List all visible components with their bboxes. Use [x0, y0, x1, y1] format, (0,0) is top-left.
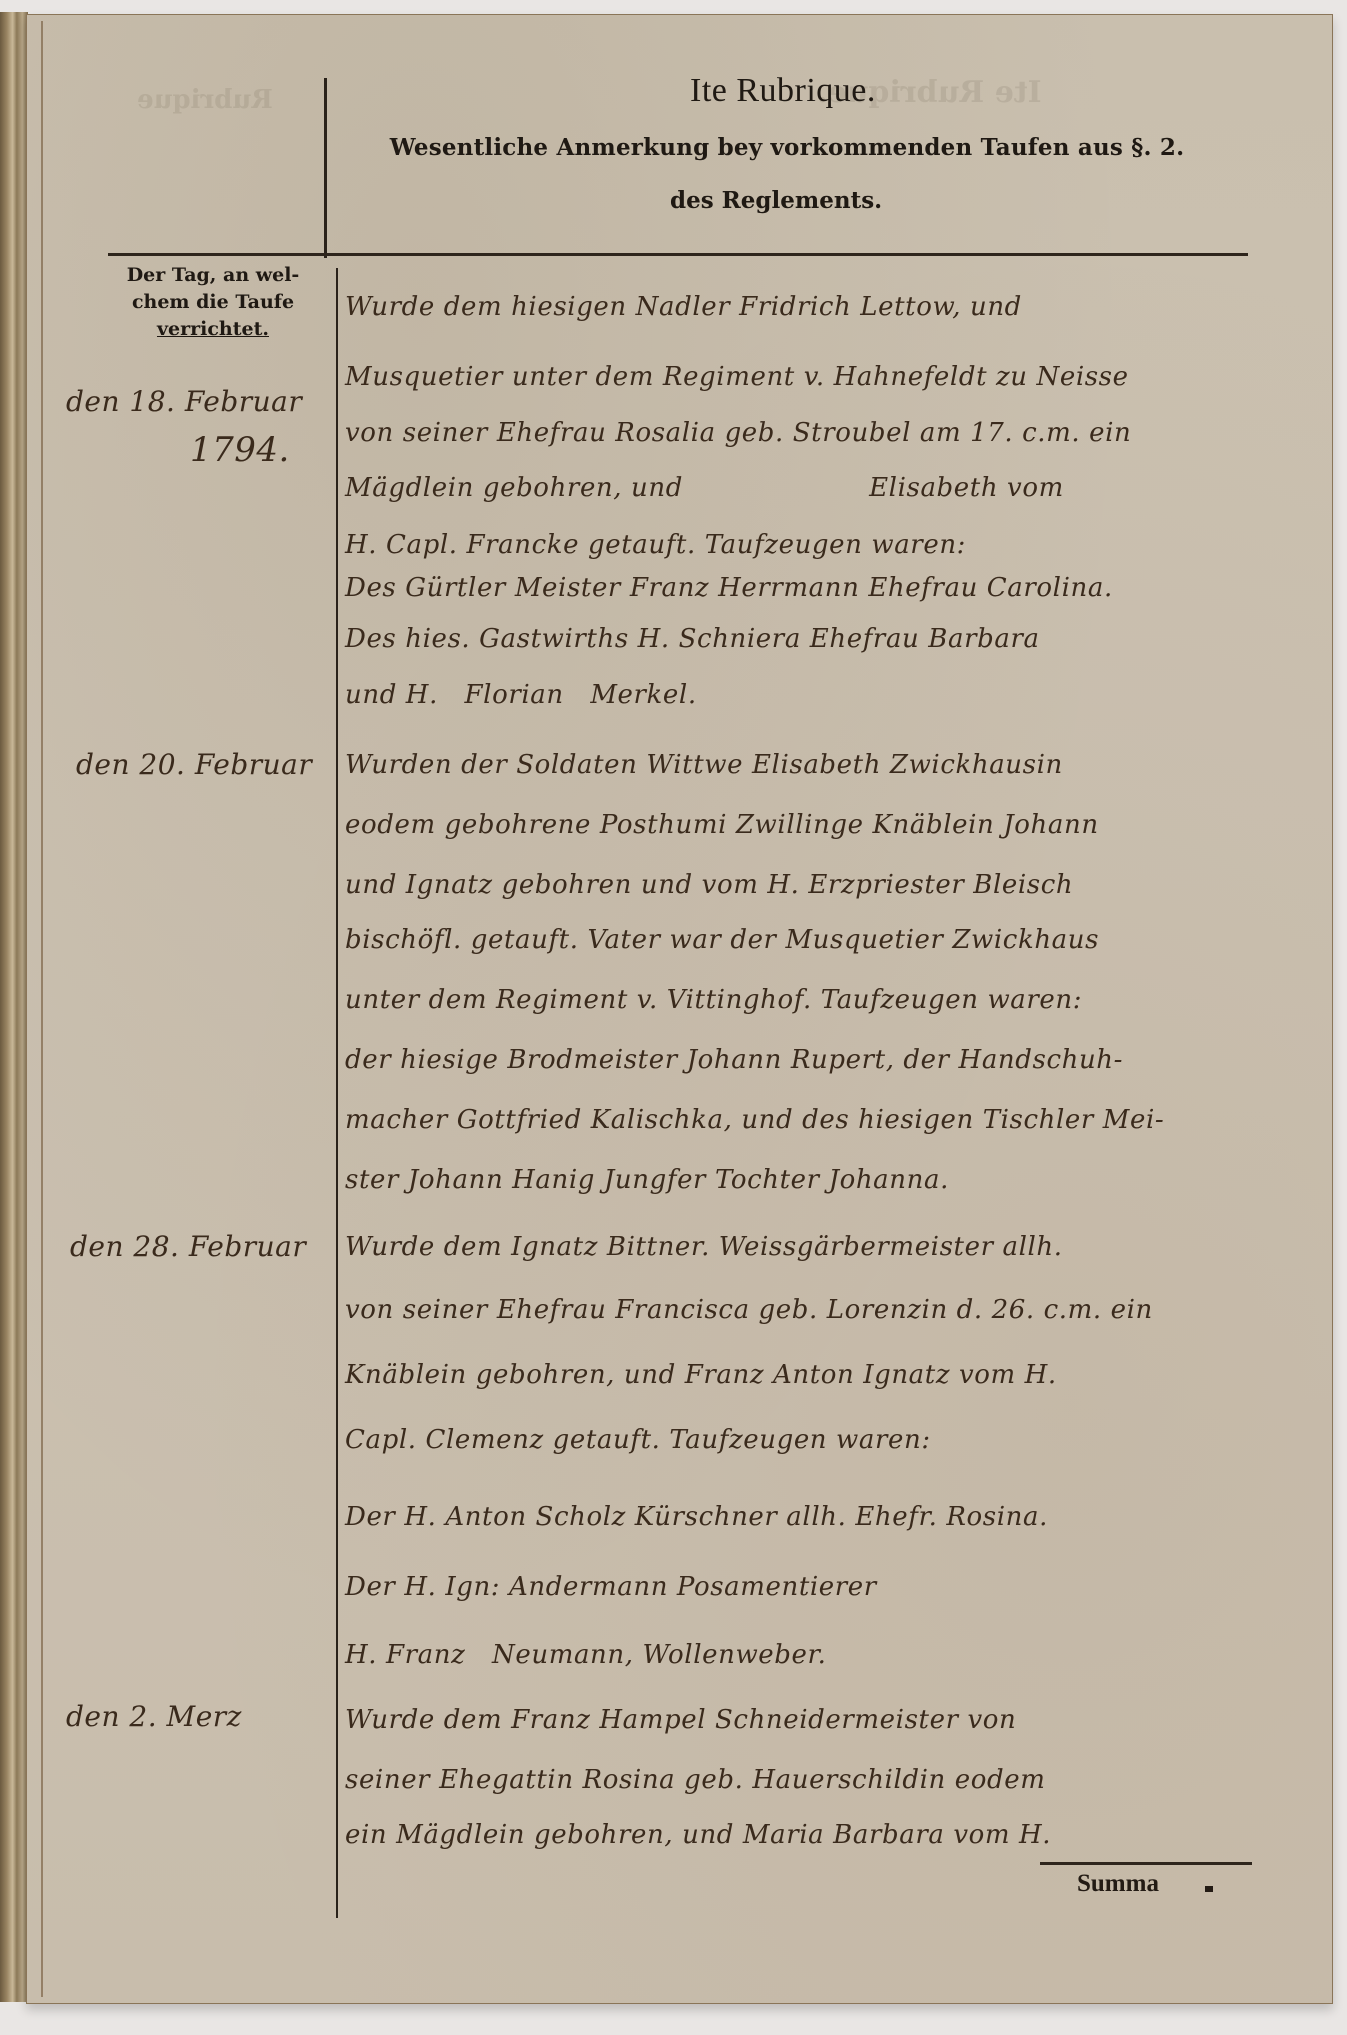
header-rule — [108, 253, 1248, 256]
entry-date: den 28. Februar — [70, 1230, 306, 1263]
entry-line: Knäblein gebohren, und Franz Anton Ignat… — [345, 1360, 1325, 1390]
entry-line: Wurde dem Franz Hampel Schneidermeister … — [345, 1705, 1325, 1735]
bleed-through-text: Rubrique — [137, 85, 273, 115]
entry-line: bischöfl. getauft. Vater war der Musquet… — [345, 925, 1325, 955]
header-column-divider — [324, 78, 327, 258]
entry-year: 1794. — [190, 430, 290, 470]
entry-line: Des hies. Gastwirths H. Schniera Ehefrau… — [345, 624, 1325, 654]
entry-line: seiner Ehegattin Rosina geb. Hauerschild… — [345, 1765, 1325, 1795]
rubric-subtitle: Wesentliche Anmerkung bey vorkommenden T… — [372, 134, 1202, 161]
entry-line: H. Capl. Francke getauft. Taufzeugen war… — [345, 530, 1325, 560]
rubric-title: Ite Rubrique. — [690, 72, 876, 110]
date-column-header-line: verrichtet. — [95, 316, 331, 343]
date-column-divider — [336, 268, 338, 1918]
date-column-header-line: Der Tag, an wel- — [95, 262, 331, 289]
entry-line: Wurde dem hiesigen Nadler Fridrich Letto… — [345, 292, 1325, 322]
book-spine-edge — [0, 12, 28, 2002]
summa-label: Summa — [1077, 1870, 1159, 1898]
entry-date: den 18. Februar — [66, 385, 302, 418]
entry-line: Des Gürtler Meister Franz Herrmann Ehefr… — [345, 573, 1325, 603]
entry-date: den 2. Merz — [66, 1700, 242, 1733]
rubric-subtitle-continued: des Reglements. — [670, 187, 882, 214]
entry-line: unter dem Regiment v. Vittinghof. Taufze… — [345, 985, 1325, 1015]
entry-date: den 20. Februar — [76, 748, 312, 781]
entry-line: ster Johann Hanig Jungfer Tochter Johann… — [345, 1165, 1325, 1195]
date-column-header: Der Tag, an wel- chem die Taufe verricht… — [95, 262, 331, 343]
entry-line: H. Franz Neumann, Wollenweber. — [345, 1640, 1325, 1670]
entry-line: Capl. Clemenz getauft. Taufzeugen waren: — [345, 1425, 1325, 1455]
entry-line: von seiner Ehefrau Francisca geb. Lorenz… — [345, 1295, 1325, 1325]
date-column-header-line: chem die Taufe — [95, 289, 331, 316]
entry-line: Wurde dem Ignatz Bittner. Weissgärbermei… — [345, 1232, 1325, 1262]
entry-line: Musquetier unter dem Regiment v. Hahnefe… — [345, 362, 1325, 392]
entry-line: eodem gebohrene Posthumi Zwillinge Knäbl… — [345, 810, 1325, 840]
entry-line: Der H. Anton Scholz Kürschner allh. Ehef… — [345, 1502, 1325, 1532]
entry-line: ein Mägdlein gebohren, und Maria Barbara… — [345, 1820, 1325, 1850]
entry-line: Wurden der Soldaten Wittwe Elisabeth Zwi… — [345, 750, 1325, 780]
entry-line: Der H. Ign: Andermann Posamentierer — [345, 1572, 1325, 1602]
entry-line: und H. Florian Merkel. — [345, 680, 1325, 710]
entry-line: macher Gottfried Kalischka, und des hies… — [345, 1105, 1325, 1135]
entry-line: und Ignatz gebohren und vom H. Erzpriest… — [345, 870, 1325, 900]
entry-line: Mägdlein gebohren, und Elisabeth vom — [345, 473, 1325, 503]
entry-line: von seiner Ehefrau Rosalia geb. Stroubel… — [345, 418, 1325, 448]
summa-rule — [1040, 1862, 1252, 1865]
entry-line: der hiesige Brodmeister Johann Rupert, d… — [345, 1045, 1325, 1075]
summa-value-dash — [1205, 1886, 1213, 1892]
